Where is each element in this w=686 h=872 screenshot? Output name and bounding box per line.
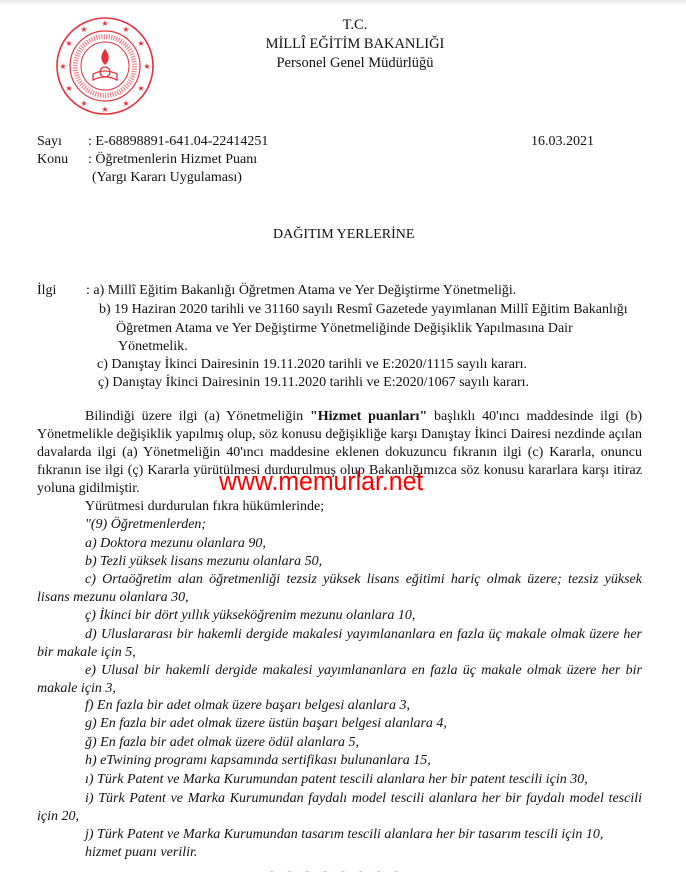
recipient-heading: DAĞITIM YERLERİNE <box>273 226 414 244</box>
ilgi-item-c: c) Danıştay İkinci Dairesinin 19.11.2020… <box>97 356 527 374</box>
clause-c: c) Ortaöğretim alan öğretmenliği tezsiz … <box>37 571 642 607</box>
p1-bold-term: "Hizmet puanları" <box>310 409 427 424</box>
svg-text:★: ★ <box>137 39 144 48</box>
ilgi-item-b-cont: Öğretmen Atama ve Yer Değiştirme Yönetme… <box>116 320 573 338</box>
document-date: 16.03.2021 <box>531 133 594 151</box>
body-paragraph-2: Yürütmesi durdurulan fıkra hükümlerinde; <box>85 498 324 516</box>
svg-text:★: ★ <box>59 62 66 71</box>
p1-text-start: Bilindiği üzere ilgi (a) Yönetmeliğin <box>85 409 310 424</box>
clause-d: d) Uluslararası bir hakemli dergide maka… <box>37 626 642 662</box>
ilgi-item-cc: ç) Danıştay İkinci Dairesinin 19.11.2020… <box>98 374 529 392</box>
clause-g: g) En fazla bir adet olmak üzere üstün b… <box>85 715 447 733</box>
clause-a: a) Doktora mezunu olanlara 90, <box>85 535 266 553</box>
clause-h: h) eTwining programı kapsamında sertifik… <box>85 752 431 770</box>
sayi-value: : E-68898891-641.04-22414251 <box>88 133 268 151</box>
svg-text:★: ★ <box>122 99 129 108</box>
quote-start: "(9) Öğretmenlerden; <box>85 516 206 534</box>
sayi-label: Sayı <box>37 133 62 151</box>
svg-text:★: ★ <box>65 39 72 48</box>
clause-b: b) Tezli yüksek lisans mezunu olanlara 5… <box>85 553 322 571</box>
clause-i-dotless: ı) Türk Patent ve Marka Kurumundan paten… <box>85 771 588 789</box>
svg-text:★: ★ <box>80 99 87 108</box>
letterhead-tc: T.C. <box>220 16 490 35</box>
ministry-seal-icon: ★★★ ★★★ ★★★ ★★★ <box>55 16 155 116</box>
konu-subtitle: (Yargı Kararı Uygulaması) <box>92 169 242 187</box>
konu-value: : Öğretmenlerin Hizmet Puanı <box>88 151 257 169</box>
watermark: www.memurlar.net <box>219 466 423 496</box>
ilgi-item-b: b) 19 Haziran 2020 tarihli ve 31160 sayı… <box>99 301 628 319</box>
clause-j: j) Türk Patent ve Marka Kurumundan tasar… <box>85 826 603 844</box>
clause-cc: ç) İkinci bir dört yıllık yükseköğrenim … <box>85 607 415 625</box>
page-top-edge <box>0 0 686 6</box>
clause-e: e) Ulusal bir hakemli dergide makalesi y… <box>37 662 642 698</box>
svg-text:★: ★ <box>101 19 108 28</box>
letterhead-ministry: MİLLÎ EĞİTİM BAKANLIĞI <box>220 35 490 54</box>
ilgi-item-a: : a) Millî Eğitim Bakanlığı Öğretmen Ata… <box>86 282 516 300</box>
cutoff-footer-text: - - - - - - - - <box>270 866 404 872</box>
svg-text:★: ★ <box>122 25 129 34</box>
closing-line: hizmet puanı verilir. <box>85 844 197 862</box>
clause-f: f) En fazla bir adet olmak üzere başarı … <box>85 697 410 715</box>
svg-text:★: ★ <box>65 84 72 93</box>
ilgi-label: İlgi <box>37 282 56 300</box>
svg-text:★: ★ <box>80 25 87 34</box>
ilgi-item-b-cont2: Yönetmelik. <box>118 338 188 356</box>
konu-label: Konu <box>37 151 68 169</box>
clause-gg: ğ) En fazla bir adet olmak üzere ödül al… <box>85 734 359 752</box>
svg-text:★: ★ <box>137 84 144 93</box>
svg-text:★: ★ <box>101 105 108 114</box>
clause-i: i) Türk Patent ve Marka Kurumundan fayda… <box>37 790 642 826</box>
letterhead: T.C. MİLLÎ EĞİTİM BAKANLIĞI Personel Gen… <box>220 16 490 73</box>
svg-text:★: ★ <box>143 62 150 71</box>
letterhead-department: Personel Genel Müdürlüğü <box>220 54 490 73</box>
